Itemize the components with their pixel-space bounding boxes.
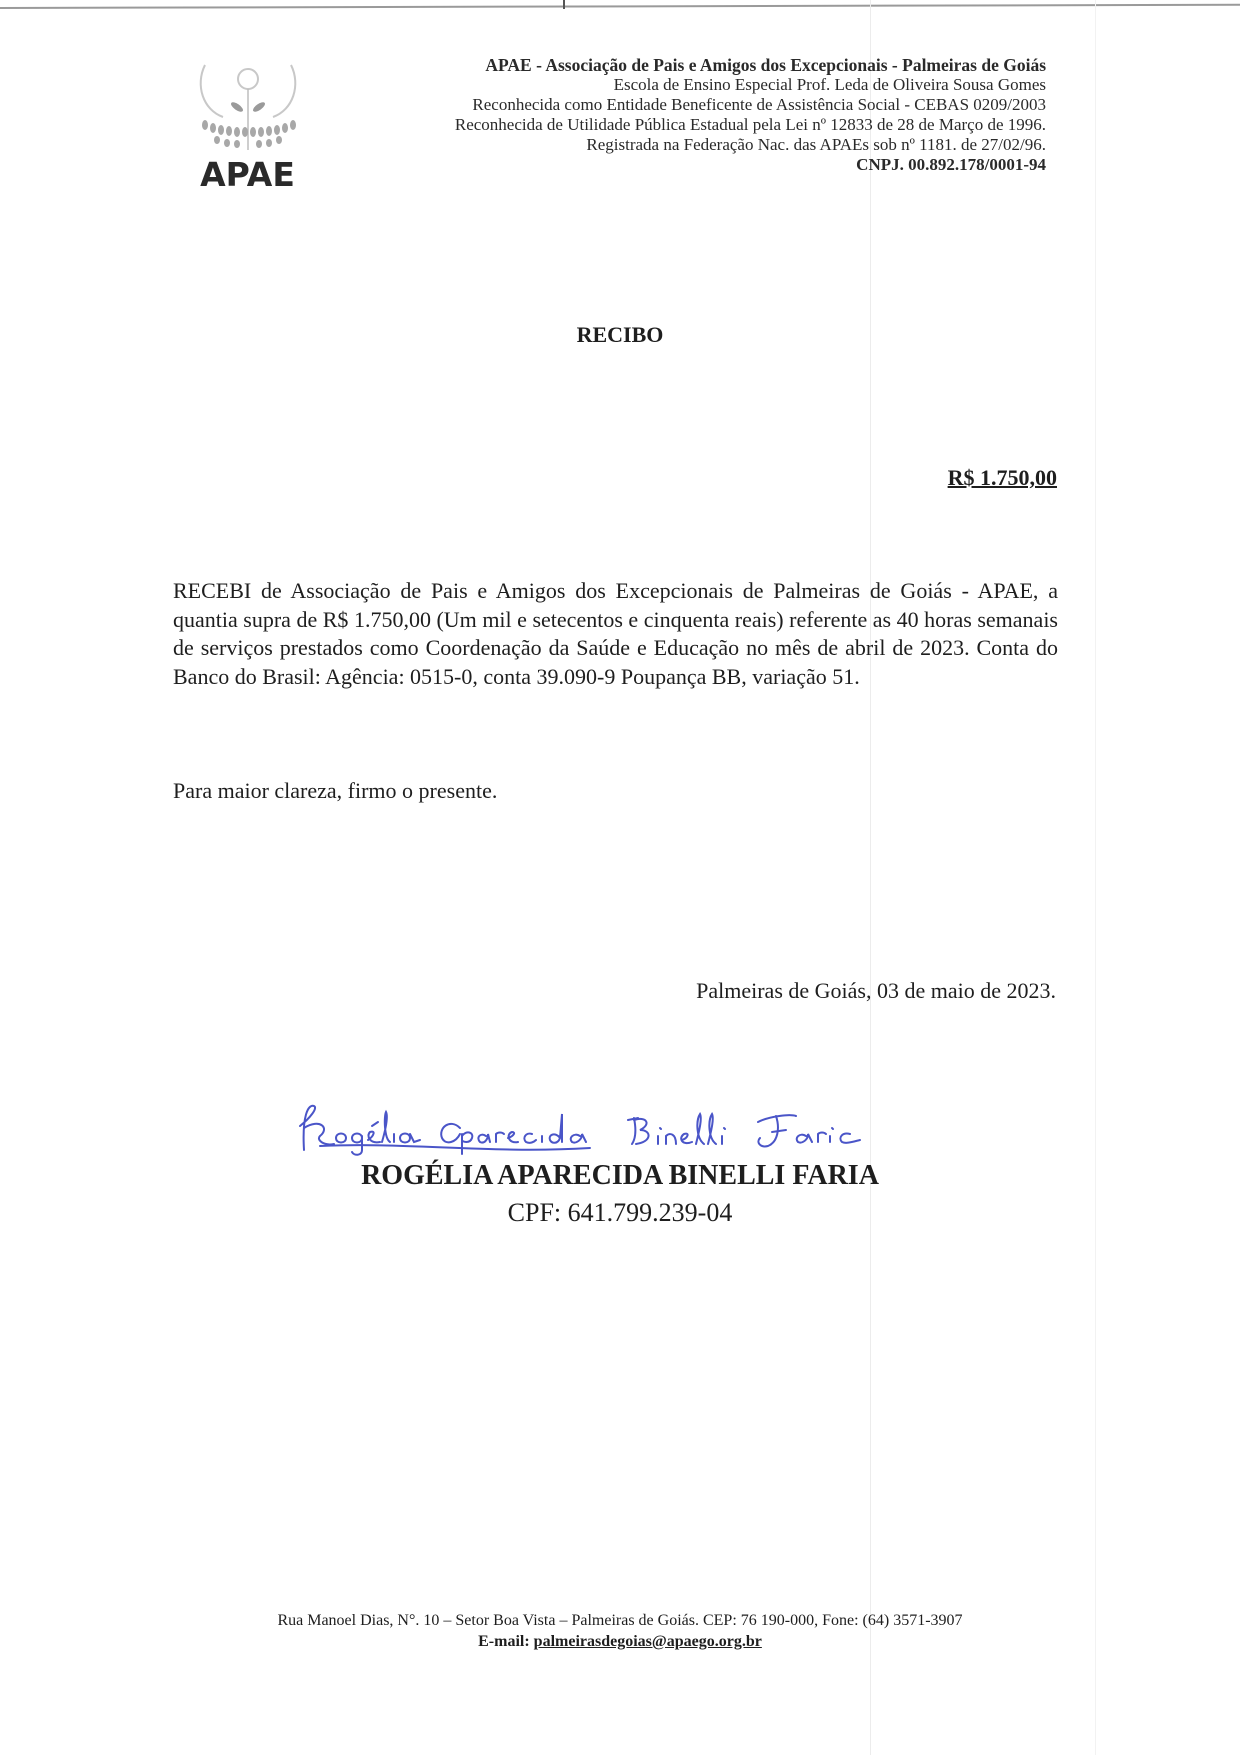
- receipt-body: RECEBI de Associação de Pais e Amigos do…: [173, 577, 1058, 691]
- scan-fold-line: [1095, 0, 1096, 1755]
- scan-border-line: [0, 4, 1240, 9]
- organization-name: APAE - Associação de Pais e Amigos dos E…: [455, 55, 1046, 75]
- flower-hands-icon: [193, 55, 303, 155]
- federation-registration: Registrada na Federação Nac. das APAEs s…: [455, 135, 1046, 155]
- footer-email: E-mail: palmeirasdegoias@apaego.org.br: [0, 1633, 1240, 1651]
- scan-fold-line: [870, 0, 871, 1755]
- school-name: Escola de Ensino Especial Prof. Leda de …: [455, 75, 1046, 95]
- signer-cpf: CPF: 641.799.239-04: [0, 1198, 1240, 1228]
- scan-tick-mark: [563, 0, 565, 9]
- logo-wordmark: APAE: [185, 155, 310, 194]
- cebas-registration: Reconhecida como Entidade Beneficente de…: [455, 95, 1046, 115]
- cnpj: CNPJ. 00.892.178/0001-94: [455, 155, 1046, 175]
- email-label: E-mail:: [478, 1633, 534, 1650]
- apae-logo: APAE: [185, 55, 310, 195]
- public-utility-law: Reconhecida de Utilidade Pública Estadua…: [455, 115, 1046, 135]
- closing-statement: Para maior clareza, firmo o presente.: [173, 778, 497, 804]
- signer-name: ROGÉLIA APARECIDA BINELLI FARIA: [0, 1160, 1240, 1192]
- footer-address: Rua Manoel Dias, N°. 10 – Setor Boa Vist…: [0, 1612, 1240, 1630]
- document-title: RECIBO: [0, 322, 1240, 348]
- receipt-amount: R$ 1.750,00: [948, 465, 1057, 491]
- handwritten-signature: [290, 1098, 950, 1158]
- letterhead: APAE - Associação de Pais e Amigos dos E…: [455, 55, 1046, 175]
- email-link[interactable]: palmeirasdegoias@apaego.org.br: [534, 1633, 762, 1650]
- place-and-date: Palmeiras de Goiás, 03 de maio de 2023.: [696, 978, 1056, 1004]
